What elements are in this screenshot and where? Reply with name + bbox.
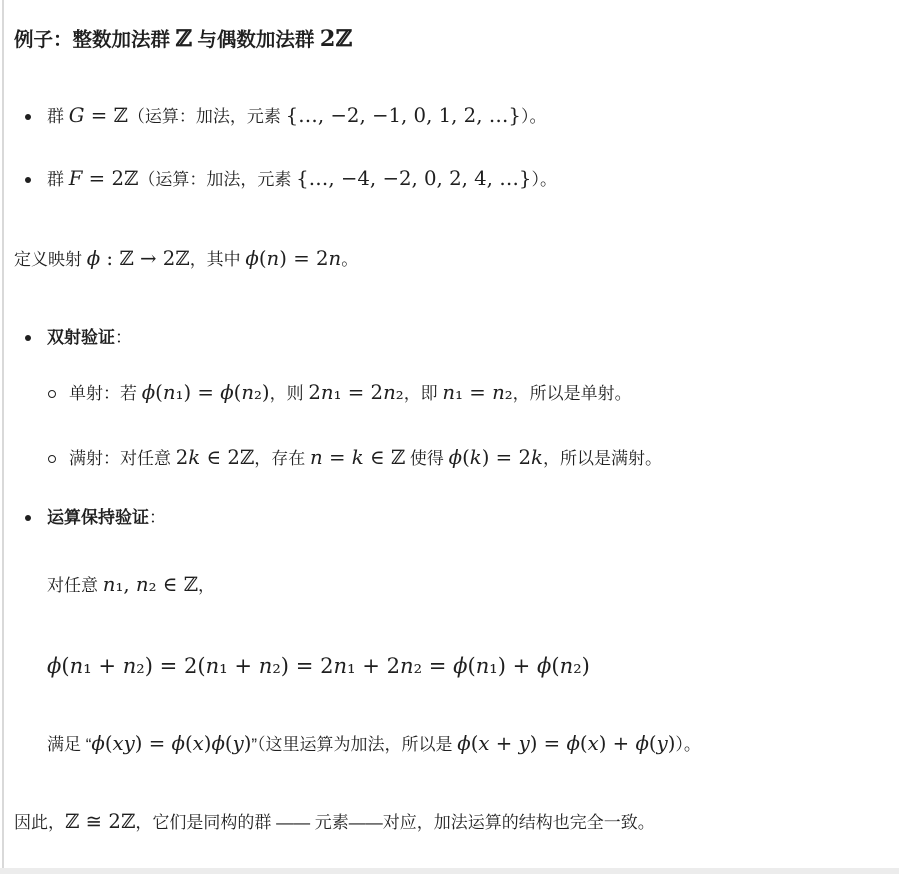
bijection-title: 双射验证： [47,323,879,353]
list-item-surjective: 满射：对任意 2k ∈ 2ℤ，存在 n = k ∈ ℤ 使得 ϕ(k) = 2k… [47,444,879,474]
homomorphism-equation: ϕ(n₁ + n₂) = 2(n₁ + n₂) = 2n₁ + 2n₂ = ϕ(… [47,651,879,685]
list-item-bijection: 双射验证： 单射：若 ϕ(n₁) = ϕ(n₂)，则 2n₁ = 2n₂，即 n… [14,323,879,474]
list-item-group-g: 群 G = ℤ（运算：加法，元素 {…, −2, −1, 0, 1, 2, …}… [14,102,879,132]
list-item-injective: 单射：若 ϕ(n₁) = ϕ(n₂)，则 2n₁ = 2n₂，即 n₁ = n₂… [47,379,879,409]
page-title: 例子：整数加法群 ℤ 与偶数加法群 2ℤ [14,27,879,54]
forall-paragraph: 对任意 n₁, n₂ ∈ ℤ， [47,571,879,601]
define-mapping-paragraph: 定义映射 ϕ : ℤ → 2ℤ，其中 ϕ(n) = 2n。 [14,245,879,275]
operation-title: 运算保持验证： [47,503,879,533]
left-border-rule [2,0,4,874]
list-item-group-f: 群 F = 2ℤ（运算：加法，元素 {…, −4, −2, 0, 2, 4, …… [14,165,879,195]
groups-list: 群 G = ℤ（运算：加法，元素 {…, −2, −1, 0, 1, 2, …}… [14,102,879,195]
list-item-operation-preserving: 运算保持验证： 对任意 n₁, n₂ ∈ ℤ， ϕ(n₁ + n₂) = 2(n… [14,503,879,760]
satisfy-paragraph: 满足 “ϕ(xy) = ϕ(x)ϕ(y)”（这里运算为加法，所以是 ϕ(x + … [47,730,879,760]
document-page: { "colors": { "text": "#1f1f1f", "left_r… [0,0,899,874]
document-content: 例子：整数加法群 ℤ 与偶数加法群 2ℤ 群 G = ℤ（运算：加法，元素 {…… [0,27,899,838]
conclusion-paragraph: 因此，ℤ ≅ 2ℤ，它们是同构的群 —— 元素——对应，加法运算的结构也完全一致… [14,808,879,838]
verification-list: 双射验证： 单射：若 ϕ(n₁) = ϕ(n₂)，则 2n₁ = 2n₂，即 n… [14,323,879,760]
bijection-sublist: 单射：若 ϕ(n₁) = ϕ(n₂)，则 2n₁ = 2n₂，即 n₁ = n₂… [47,379,879,474]
bottom-band [0,868,899,874]
